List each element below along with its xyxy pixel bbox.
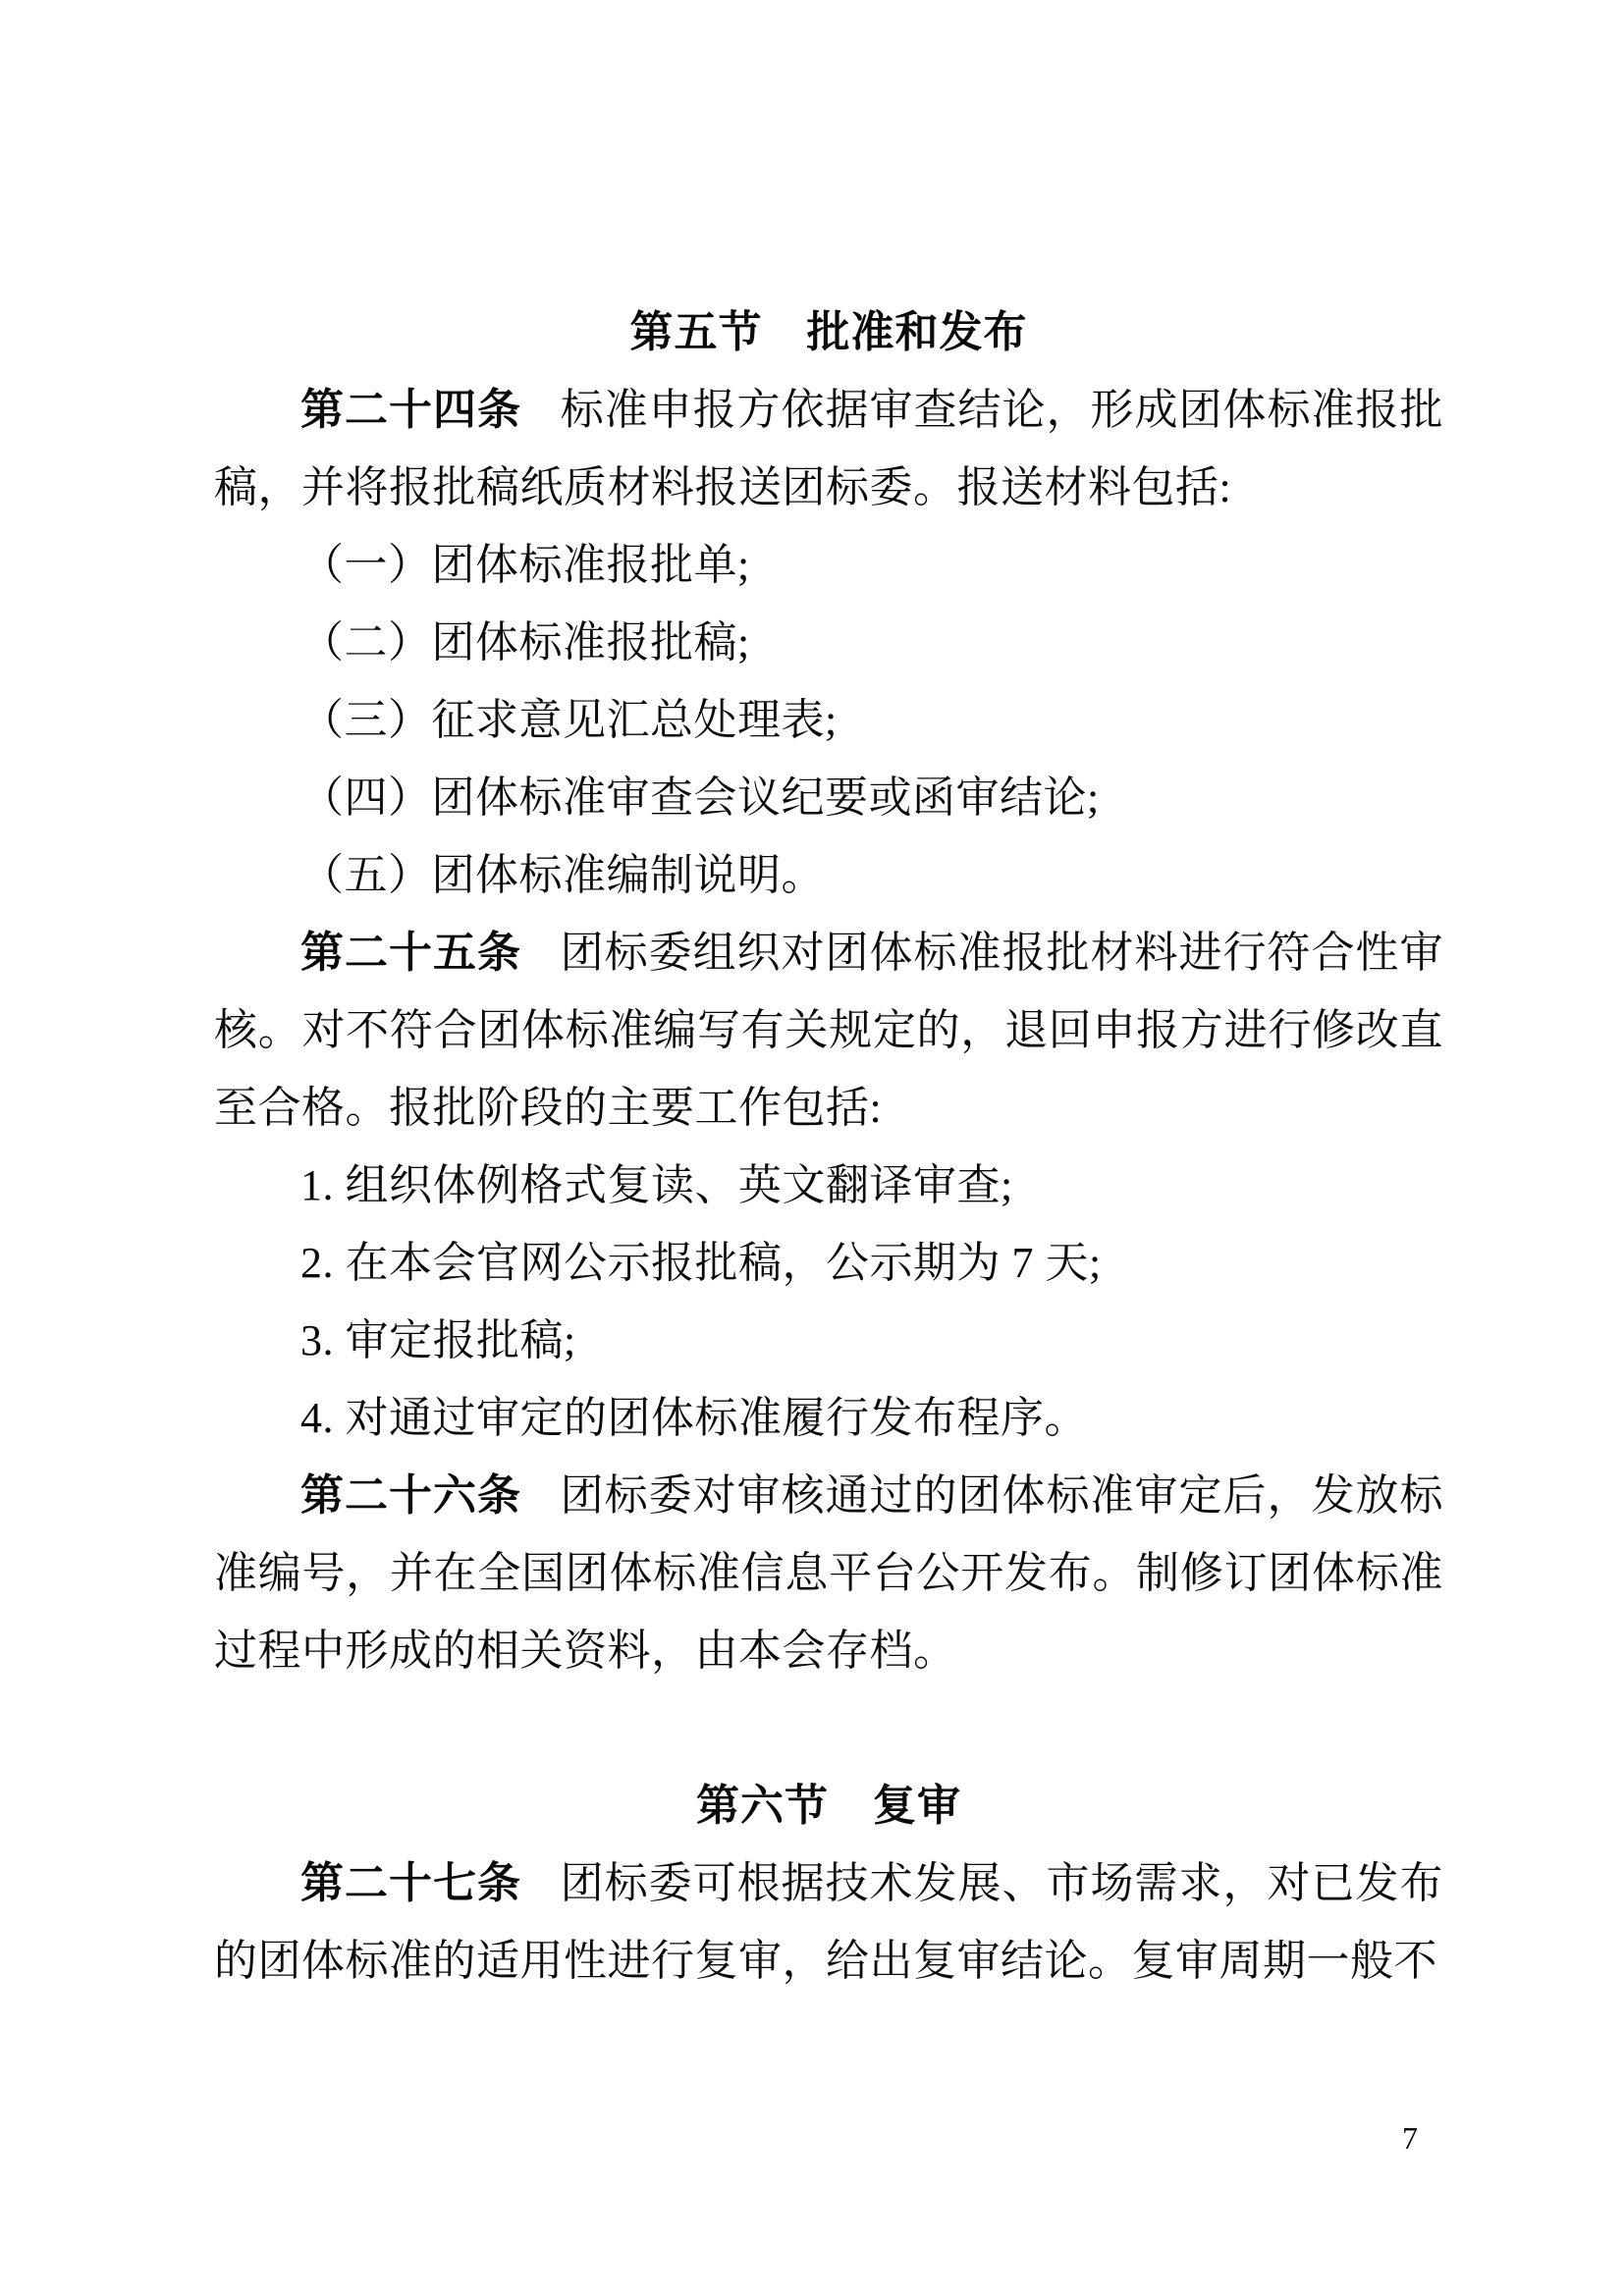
page-content: 第五节 批准和发布 第二十四条标准申报方依据审查结论，形成团体标准报批稿，并将报… (214, 294, 1443, 2000)
page-number: 7 (1402, 2120, 1418, 2156)
article-25-paragraph: 第二十五条团标委组织对团体标准报批材料进行符合性审核。对不符合团体标准编写有关规… (214, 914, 1443, 1147)
list-item-cn-1: （一）团体标准报批单; (214, 526, 1443, 604)
list-item-cn-3: （三）征求意见汇总处理表; (214, 681, 1443, 759)
list-item-num-3: 3. 审定报批稿; (214, 1302, 1443, 1379)
list-item-cn-5: （五）团体标准编制说明。 (214, 836, 1443, 914)
article-27-paragraph: 第二十七条团标委可根据技术发展、市场需求，对已发布的团体标准的适用性进行复审，给… (214, 1844, 1443, 2000)
article-26-paragraph: 第二十六条团标委对审核通过的团体标准审定后，发放标准编号，并在全国团体标准信息平… (214, 1457, 1443, 1689)
section-6-heading: 第六节 复审 (214, 1767, 1443, 1844)
article-24-number: 第二十四条 (300, 386, 521, 434)
list-item-num-2: 2. 在本会官网公示报批稿，公示期为 7 天; (214, 1224, 1443, 1302)
article-25-number: 第二十五条 (300, 929, 521, 977)
list-item-cn-4: （四）团体标准审查会议纪要或函审结论; (214, 759, 1443, 836)
list-item-cn-2: （二）团体标准报批稿; (214, 604, 1443, 681)
section-5-heading: 第五节 批准和发布 (214, 294, 1443, 371)
article-26-number: 第二十六条 (300, 1471, 521, 1520)
document-page: 第五节 批准和发布 第二十四条标准申报方依据审查结论，形成团体标准报批稿，并将报… (0, 0, 1624, 2296)
list-item-num-1: 1. 组织体例格式复读、英文翻译审查; (214, 1147, 1443, 1224)
article-24-paragraph: 第二十四条标准申报方依据审查结论，形成团体标准报批稿，并将报批稿纸质材料报送团标… (214, 371, 1443, 526)
article-27-number: 第二十七条 (300, 1859, 521, 1907)
list-item-num-4: 4. 对通过审定的团体标准履行发布程序。 (214, 1379, 1443, 1457)
